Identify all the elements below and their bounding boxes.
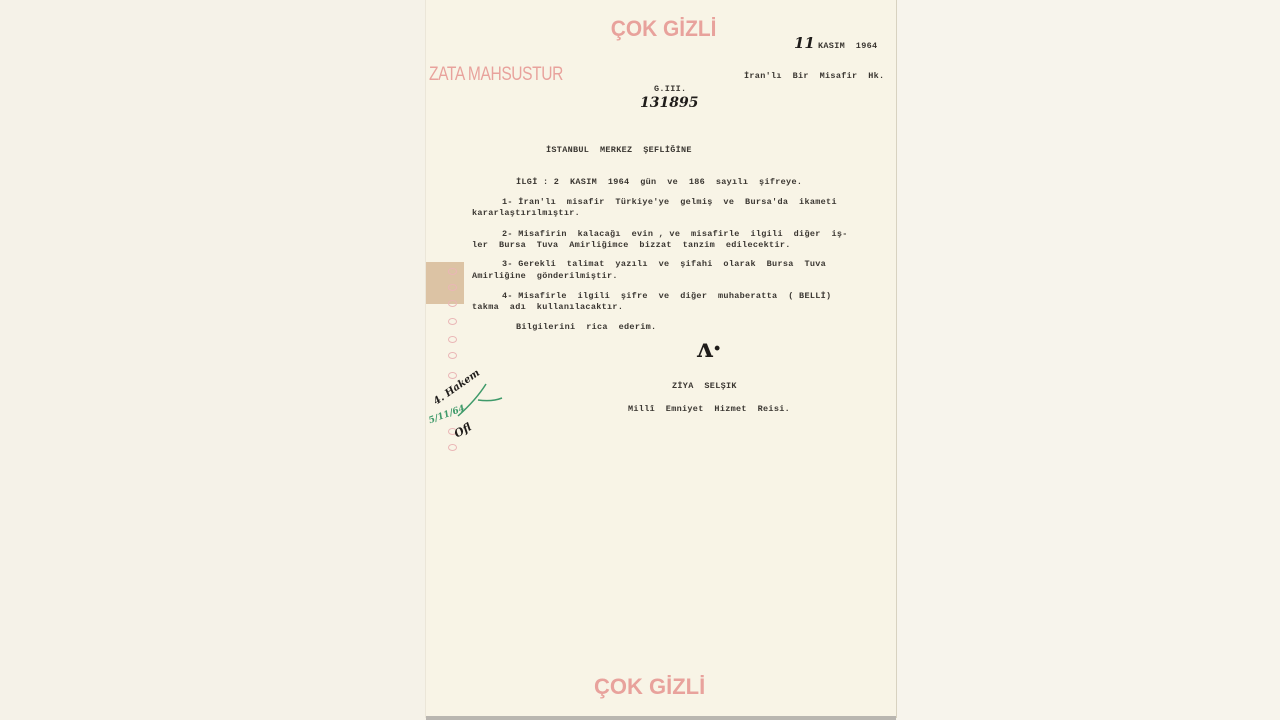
paragraph-4-line-1: 4- Misafirle ilgili şifre ve diğer muhab… [502,291,831,301]
personal-stamp: ZATA MAHSUSTUR [429,64,563,86]
paragraph-4-line-2: takma adı kullanılacaktır. [472,302,623,312]
addressee: İSTANBUL MERKEZ ŞEFLİĞİNE [546,145,692,155]
punch-hole [448,268,457,275]
classification-stamp-bottom: ÇOK GİZLİ [594,674,705,700]
signer-title: Millî Emniyet Hizmet Reisi. [628,404,790,414]
green-check-mark [456,380,506,420]
reference-code: G.III. [654,84,686,94]
reference-line: İLGİ : 2 KASIM 1964 gün ve 186 sayılı şi… [516,177,802,187]
punch-hole [448,318,457,325]
paragraph-2-line-1: 2- Misafirin kalacağı evin , ve misafirl… [502,229,848,239]
paragraph-3-line-2: Amirliğine gönderilmiştir. [472,271,618,281]
background-right [897,0,1280,720]
document-page: ÇOK GİZLİ ZATA MAHSUSTUR 11 KASIM 1964 İ… [426,0,896,718]
paragraph-2-line-2: ler Bursa Tuva Amirliğimce bizzat tanzim… [472,240,791,250]
punch-hole [448,352,457,359]
paragraph-1-line-1: 1- İran'lı misafir Türkiye'ye gelmiş ve … [502,197,837,207]
paper-tab [426,262,464,304]
paragraph-1-line-2: kararlaştırılmıştır. [472,208,580,218]
page-bottom-edge [426,716,896,720]
classification-stamp-top: ÇOK GİZLİ [611,16,717,42]
date: KASIM 1964 [818,41,877,51]
closing-line: Bilgilerini rica ederim. [516,322,656,332]
reference-number-handwritten: 131895 [640,95,698,111]
punch-hole [448,372,457,379]
date-day-handwritten: 11 [794,34,815,52]
punch-hole [448,336,457,343]
signature: ʌ· [696,334,722,364]
paragraph-3-line-1: 3- Gerekli talimat yazılı ve şifahi olar… [502,259,826,269]
signer-name: ZİYA SELŞIK [672,381,737,391]
background-left [0,0,426,720]
margin-note-3: Ofl [452,420,474,440]
punch-hole [448,444,457,451]
punch-hole [448,300,457,307]
punch-hole [448,284,457,291]
subject-line: İran'lı Bir Misafir Hk. [744,71,884,81]
